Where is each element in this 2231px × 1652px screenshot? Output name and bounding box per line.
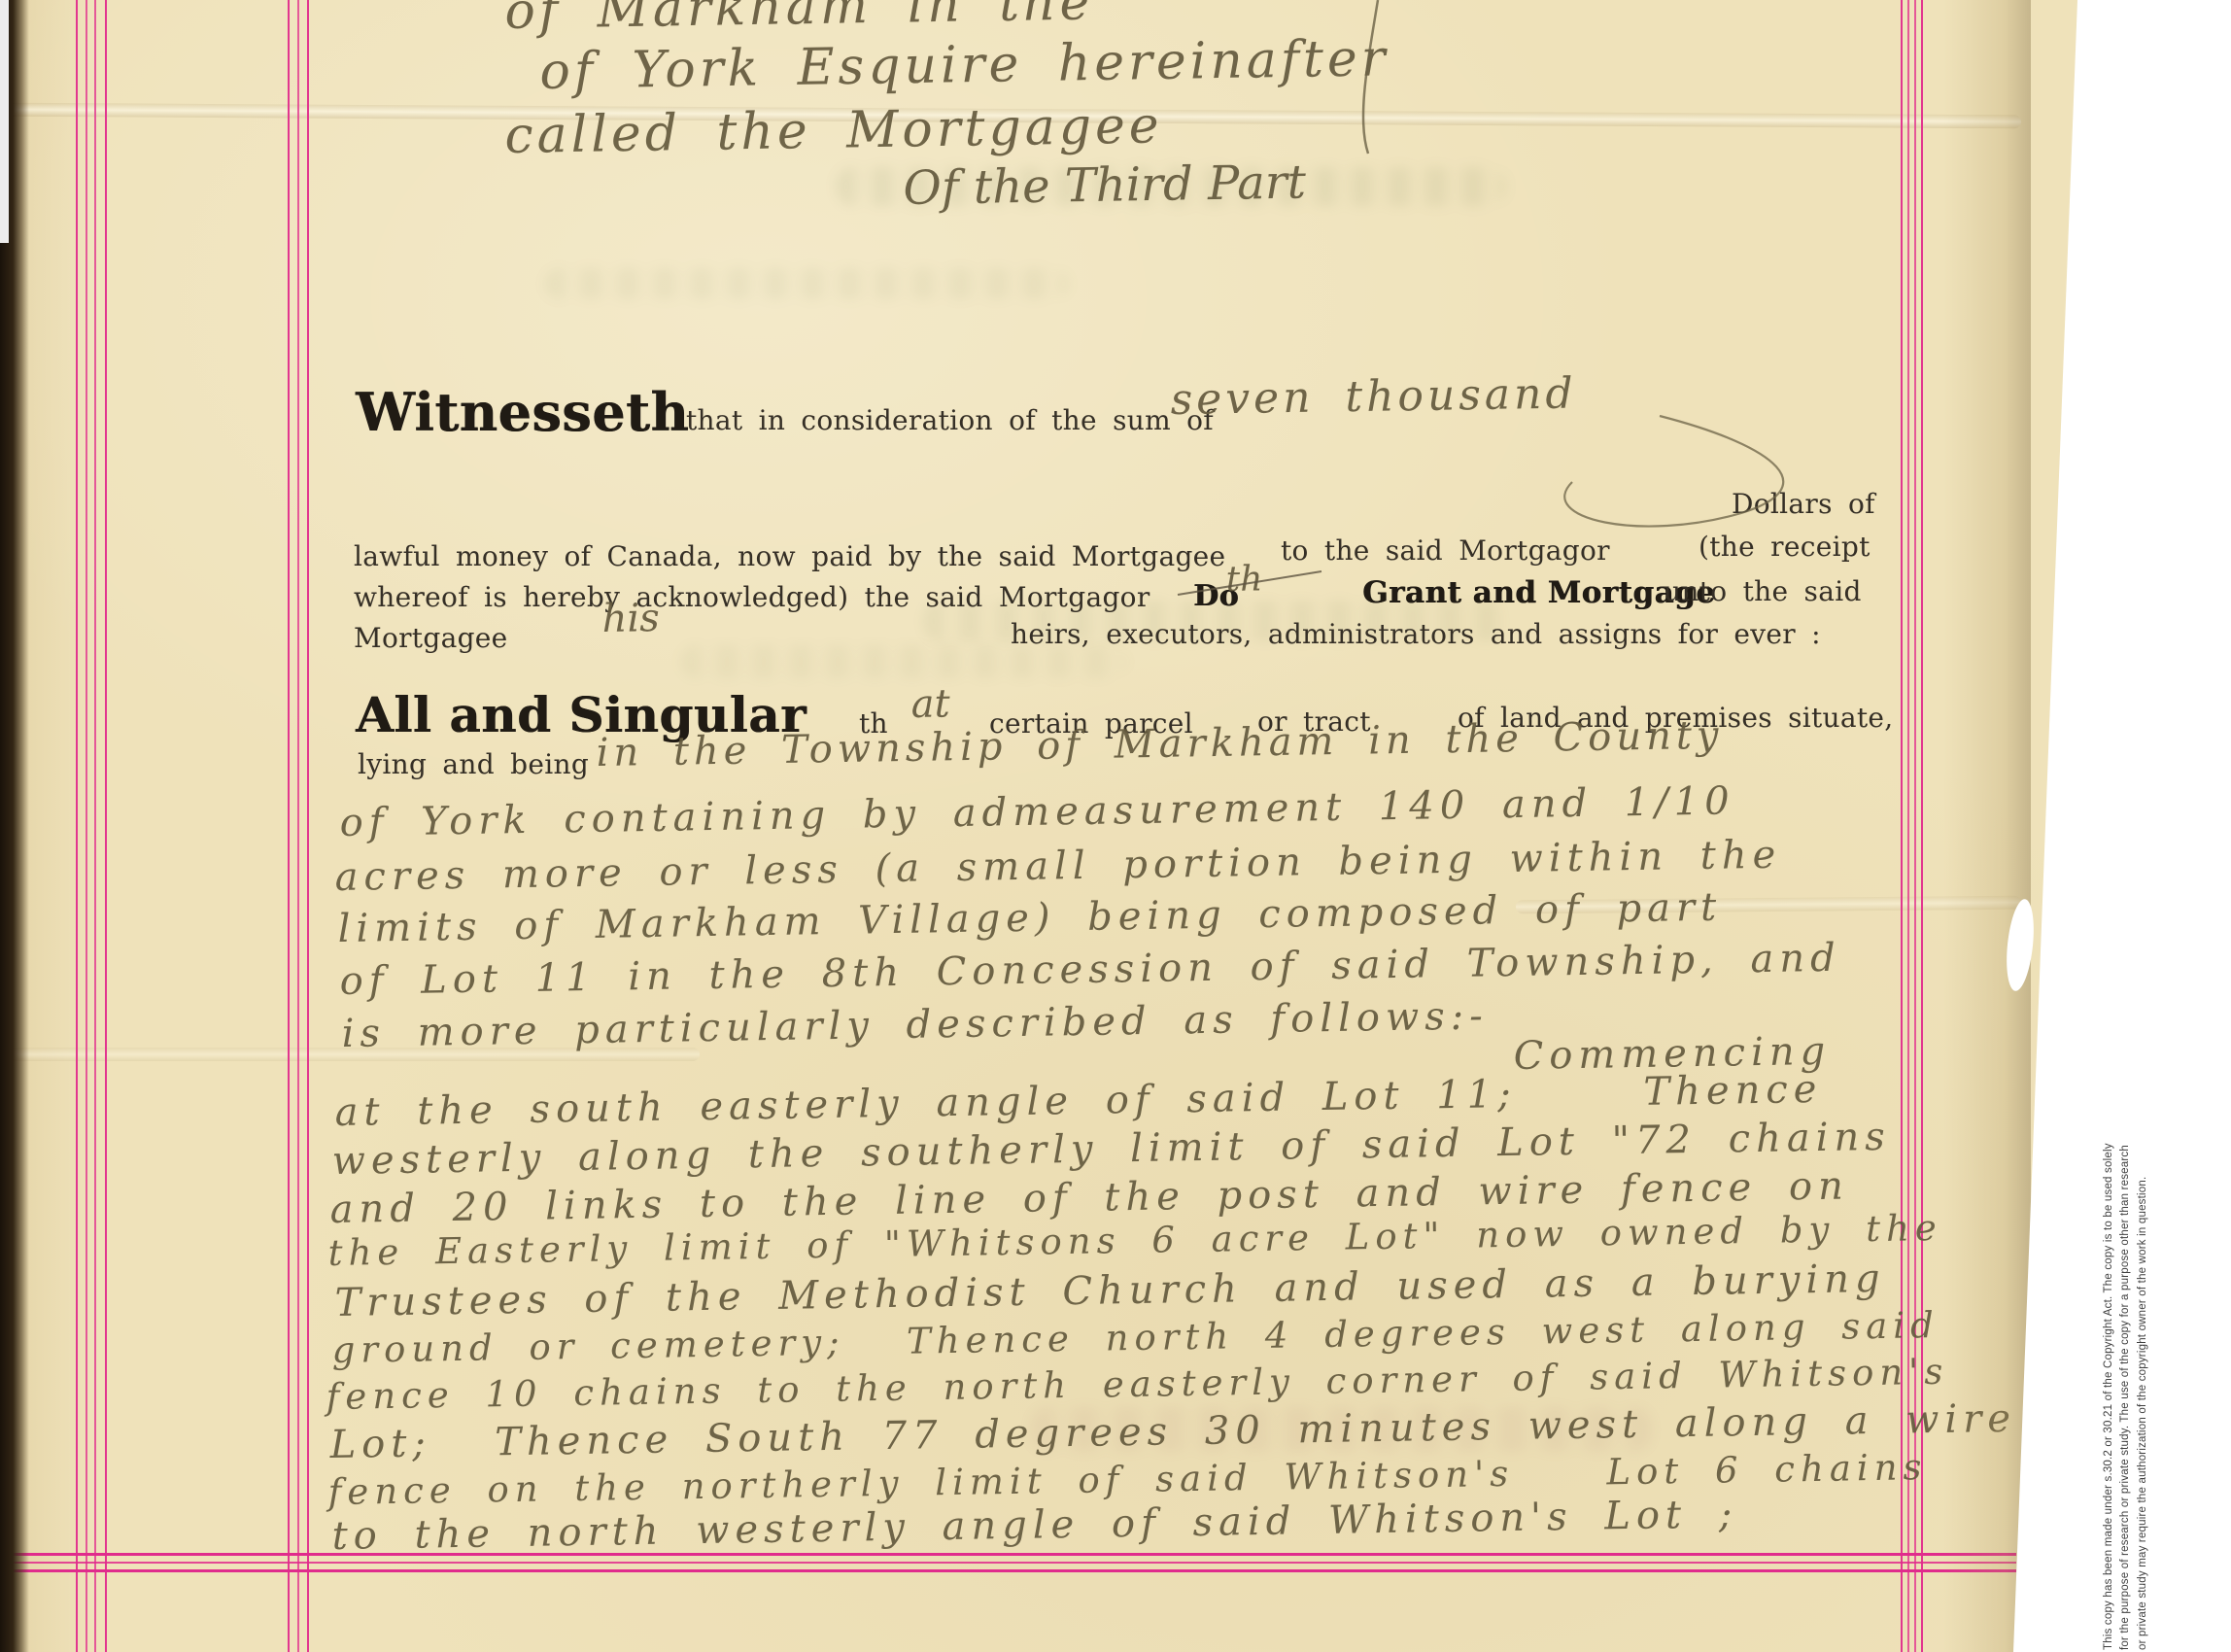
dollars-of-label: Dollars of [1732, 488, 1875, 520]
printed-line: whereof is hereby acknowledged) the said… [354, 581, 1150, 613]
margin-rule [76, 0, 78, 1652]
script-at-insert: at [910, 681, 950, 727]
footer-rule [0, 1562, 2016, 1564]
footer-rule [0, 1569, 2016, 1572]
margin-rule [288, 0, 290, 1652]
witnesseth-printed-text: that in consideration of the sum of [686, 404, 1214, 436]
script-th-insert: th [1225, 559, 1262, 600]
paper-edge-shadow [1943, 0, 2031, 1652]
printed-line: lying and being [358, 748, 589, 780]
scanned-document-page: of Markham in the of York Esquire herein… [0, 0, 2231, 1652]
margin-rule [307, 0, 309, 1652]
copyright-notice: This copy has been made under s.30.2 or … [2101, 1040, 2151, 1650]
margin-rule [94, 0, 96, 1652]
margin-rule [297, 0, 299, 1652]
script-his-insert: his [601, 596, 660, 641]
printed-line: (the receipt [1699, 531, 1871, 563]
printed-line: to the said Mortgagor [1281, 534, 1610, 567]
printed-line: lawful money of Canada, now paid by the … [354, 540, 1225, 572]
copyright-line: This copy has been made under s.30.2 or … [2101, 1040, 2117, 1650]
margin-rule [86, 0, 87, 1652]
scan-left-edge [0, 0, 29, 1652]
bleedthrough-smudge [680, 645, 1127, 678]
footer-rule [0, 1553, 2016, 1556]
script-amount: seven thousand [1170, 368, 1577, 425]
grant-and-mortgage-keyword: Grant and Mortgage [1362, 575, 1715, 610]
printed-line: heirs, executors, administrators and ass… [1011, 618, 1821, 650]
copyright-line: or private study may require the authori… [2135, 1040, 2151, 1650]
script-line-third-part: Of the Third Part [903, 155, 1306, 216]
witnesseth-keyword: Witnesseth [356, 381, 689, 443]
printed-line: Mortgagee [354, 622, 508, 654]
script-line-called-mortgagee: called the Mortgagee [504, 96, 1163, 165]
bleedthrough-smudge [544, 268, 1069, 299]
margin-rule [105, 0, 107, 1652]
copyright-line: for the purpose of research or private s… [2117, 1040, 2134, 1650]
printed-line: unto the said [1664, 575, 1862, 607]
scan-left-sliver [0, 0, 9, 243]
